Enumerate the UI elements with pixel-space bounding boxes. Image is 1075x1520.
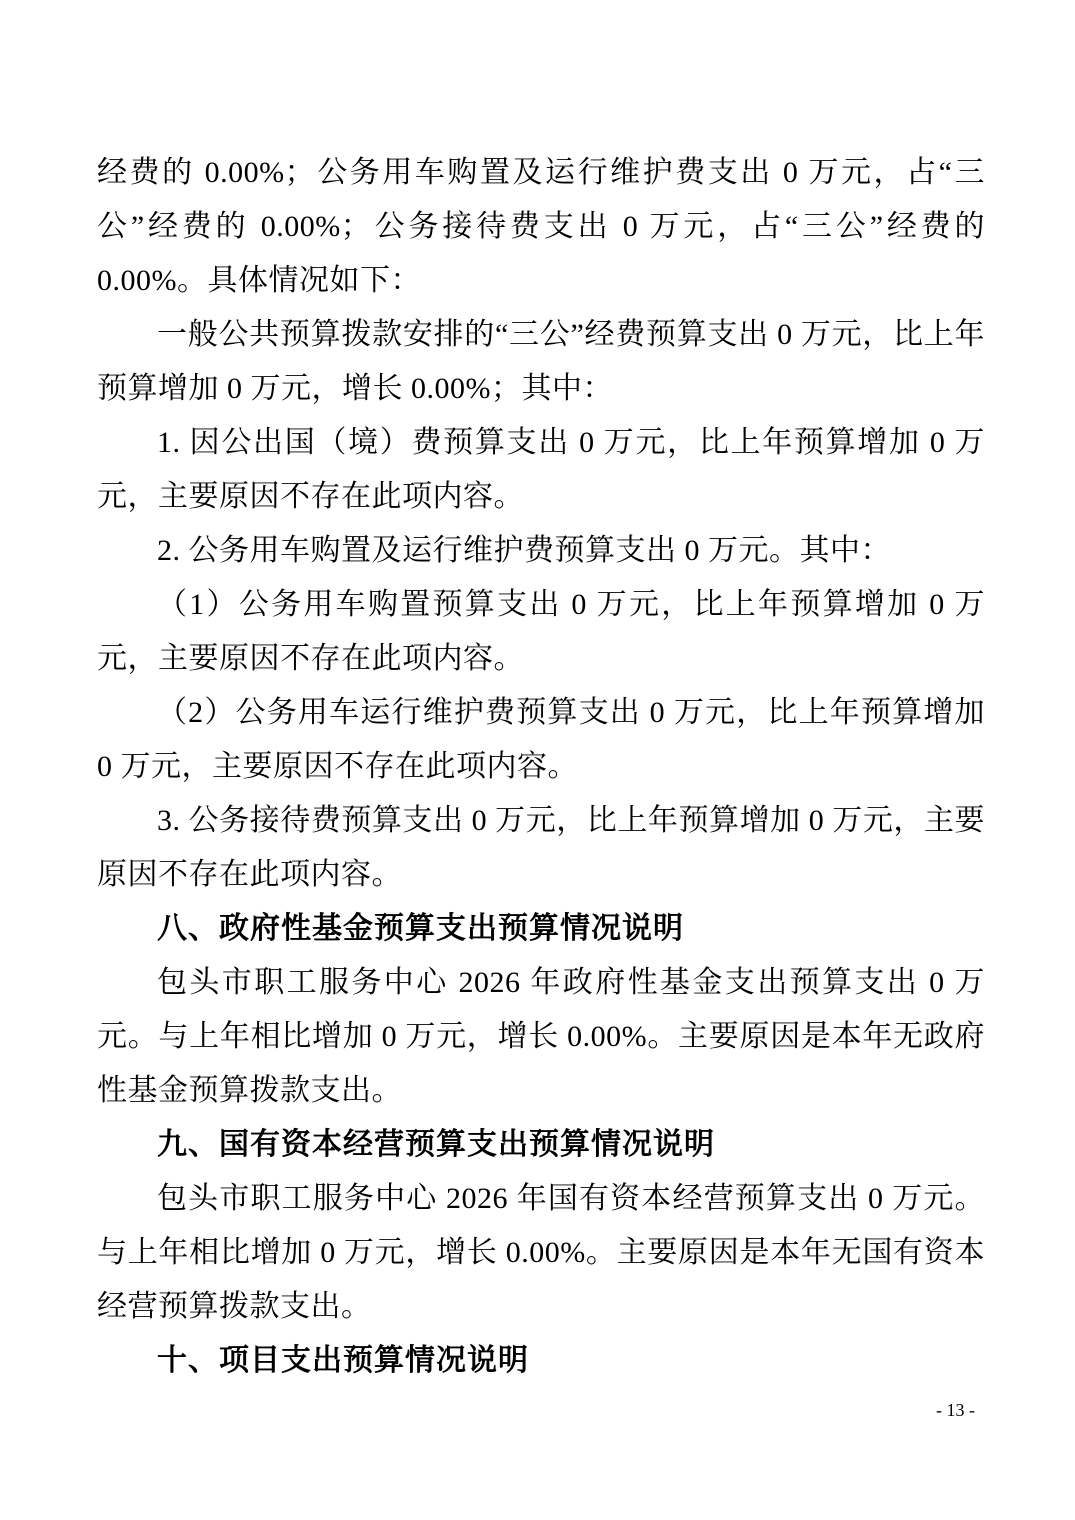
body-paragraph: 3. 公务接待费预算支出 0 万元，比上年预算增加 0 万元，主要原因不存在此项… [97, 794, 985, 902]
body-paragraph: 1. 因公出国（境）费预算支出 0 万元，比上年预算增加 0 万元，主要原因不存… [97, 416, 985, 524]
body-paragraph: 包头市职工服务中心 2026 年政府性基金支出预算支出 0 万元。与上年相比增加… [97, 956, 985, 1118]
document-page: 经费的 0.00%；公务用车购置及运行维护费支出 0 万元，占“三公”经费的 0… [0, 0, 1075, 1520]
page-number: - 13 - [936, 1398, 975, 1422]
section-heading: 十、项目支出预算情况说明 [97, 1334, 985, 1388]
section-heading: 八、政府性基金预算支出预算情况说明 [97, 902, 985, 956]
body-paragraph: 包头市职工服务中心 2026 年国有资本经营预算支出 0 万元。与上年相比增加 … [97, 1172, 985, 1334]
document-body: 经费的 0.00%；公务用车购置及运行维护费支出 0 万元，占“三公”经费的 0… [97, 146, 985, 1388]
body-paragraph: （1）公务用车购置预算支出 0 万元，比上年预算增加 0 万元，主要原因不存在此… [97, 578, 985, 686]
body-paragraph: （2）公务用车运行维护费预算支出 0 万元，比上年预算增加 0 万元，主要原因不… [97, 686, 985, 794]
body-paragraph: 经费的 0.00%；公务用车购置及运行维护费支出 0 万元，占“三公”经费的 0… [97, 146, 985, 308]
section-heading: 九、国有资本经营预算支出预算情况说明 [97, 1118, 985, 1172]
body-paragraph: 2. 公务用车购置及运行维护费预算支出 0 万元。其中： [97, 524, 985, 578]
body-paragraph: 一般公共预算拨款安排的“三公”经费预算支出 0 万元，比上年预算增加 0 万元，… [97, 308, 985, 416]
